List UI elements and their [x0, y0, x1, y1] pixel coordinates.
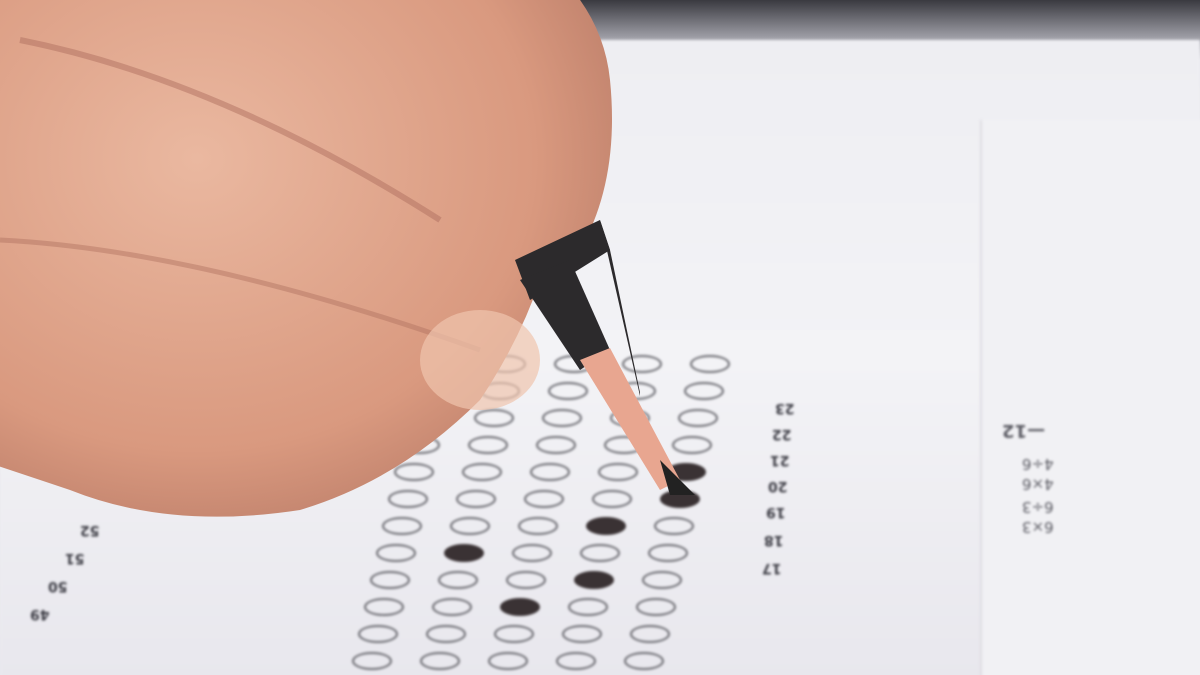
- question-number: 19: [766, 504, 785, 520]
- answer-bubble: [444, 544, 484, 562]
- answer-bubble: [636, 598, 676, 616]
- answer-bubble: [654, 517, 694, 535]
- answer-bubble: [648, 544, 688, 562]
- answer-bubble: [642, 571, 682, 589]
- answer-bubble: [568, 598, 608, 616]
- math-line: 6÷3: [1022, 498, 1054, 516]
- question-number: 51: [65, 550, 84, 566]
- math-line: 6×3: [1022, 518, 1054, 536]
- answer-bubble: [574, 571, 614, 589]
- answer-bubble: [420, 652, 460, 670]
- question-number: 23: [775, 400, 794, 416]
- answer-bubble: [512, 544, 552, 562]
- question-number: 50: [48, 578, 67, 594]
- answer-bubble: [562, 625, 602, 643]
- question-number: 21: [770, 452, 789, 468]
- answer-bubble: [500, 598, 540, 616]
- answer-bubble: [352, 652, 392, 670]
- answer-bubble: [580, 544, 620, 562]
- answer-bubble: [426, 625, 466, 643]
- math-section: —12 4÷6 4×6 6÷3 6×3: [980, 120, 1200, 675]
- answer-bubble: [488, 652, 528, 670]
- pencil: [510, 250, 710, 500]
- answer-bubble: [432, 598, 472, 616]
- answer-bubble: [506, 571, 546, 589]
- question-number: 22: [772, 426, 791, 442]
- question-number: 18: [764, 532, 783, 548]
- answer-bubble: [438, 571, 478, 589]
- answer-bubble: [624, 652, 664, 670]
- answer-bubble: [370, 571, 410, 589]
- answer-bubble: [494, 625, 534, 643]
- answer-bubble: [358, 625, 398, 643]
- question-number: 20: [768, 478, 787, 494]
- photo-scene: —12 4÷6 4×6 6÷3 6×3 23 22 21 20 19 18 17…: [0, 0, 1200, 675]
- math-line: 4×6: [1022, 475, 1054, 493]
- answer-bubble: [556, 652, 596, 670]
- question-number: 49: [30, 606, 49, 622]
- answer-bubble: [630, 625, 670, 643]
- math-line: 4÷6: [1022, 455, 1054, 473]
- math-line: —12: [1002, 420, 1045, 441]
- question-number: 17: [762, 560, 781, 576]
- answer-bubble: [376, 544, 416, 562]
- answer-bubble: [364, 598, 404, 616]
